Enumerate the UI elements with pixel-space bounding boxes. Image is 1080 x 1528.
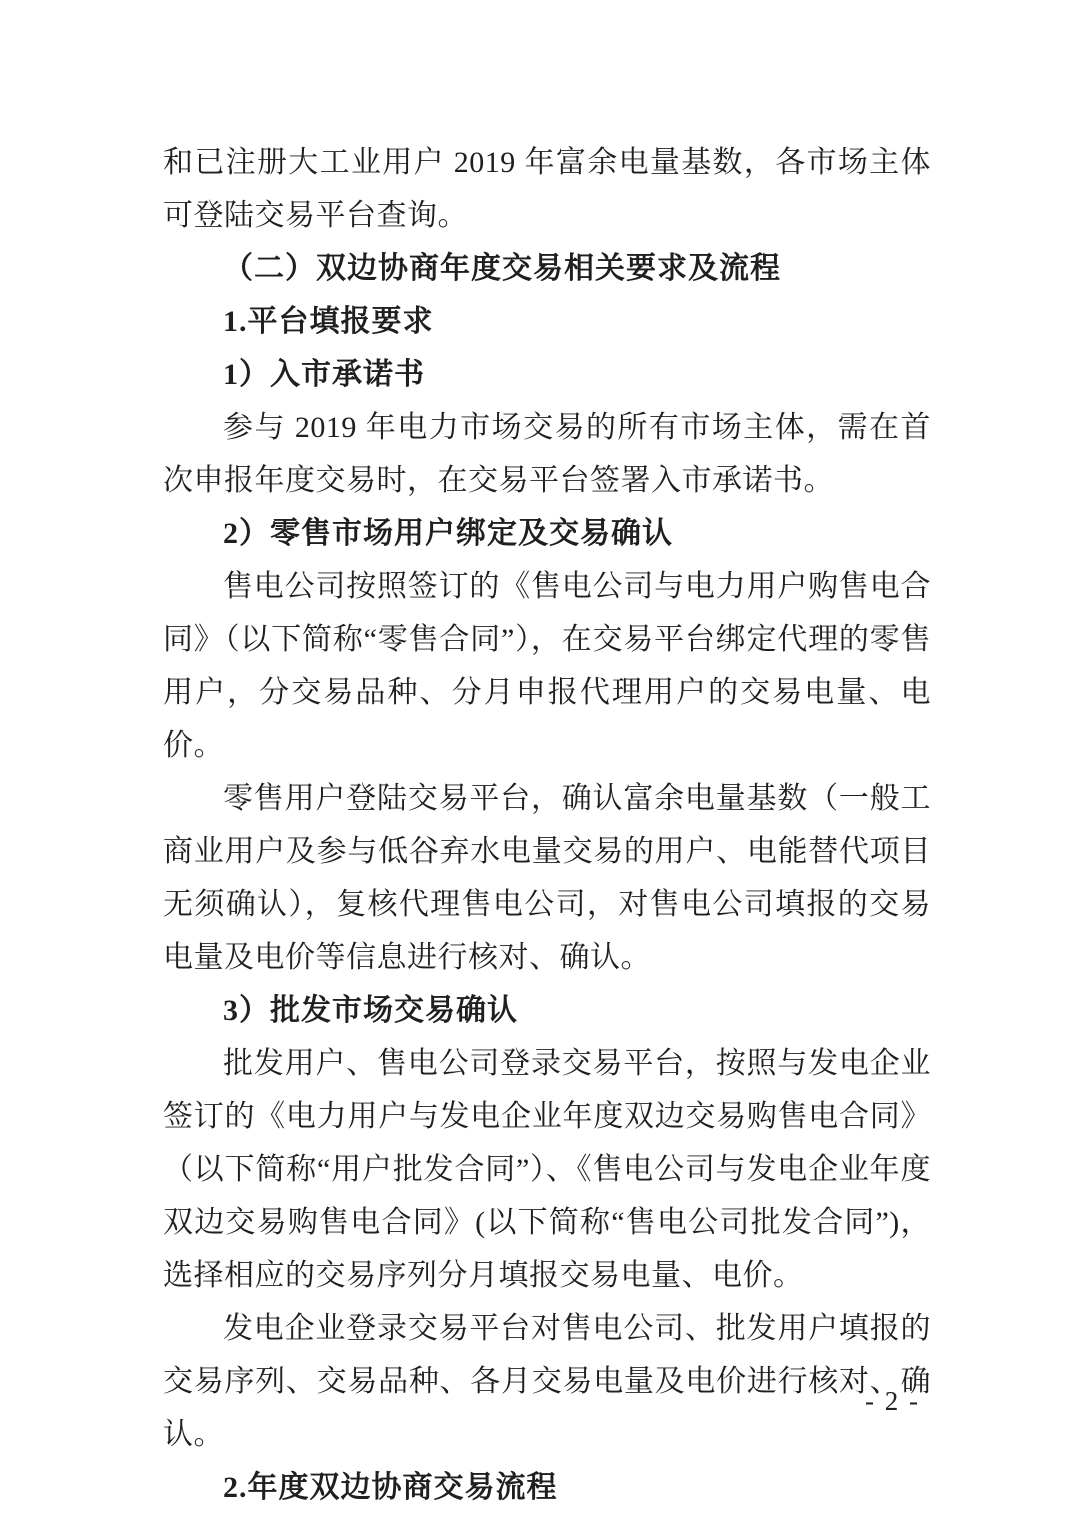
document-body: 和已注册大工业用户 2019 年富余电量基数，各市场主体可登陆交易平台查询。（二… (163, 136, 931, 1514)
section-heading: 2）零售市场用户绑定及交易确认 (163, 507, 931, 560)
section-heading: 1.平台填报要求 (163, 295, 931, 348)
section-heading: 2.年度双边协商交易流程 (163, 1461, 931, 1514)
paragraph: 和已注册大工业用户 2019 年富余电量基数，各市场主体可登陆交易平台查询。 (163, 136, 931, 242)
section-heading: 1）入市承诺书 (163, 348, 931, 401)
paragraph: 售电公司按照签订的《售电公司与电力用户购售电合同》（以下简称“零售合同”），在交… (163, 560, 931, 772)
page-number: - 2 - (865, 1386, 920, 1417)
section-heading: （二）双边协商年度交易相关要求及流程 (163, 242, 931, 295)
paragraph: 零售用户登陆交易平台，确认富余电量基数（一般工商业用户及参与低谷弃水电量交易的用… (163, 772, 931, 984)
paragraph: 批发用户、售电公司登录交易平台，按照与发电企业签订的《电力用户与发电企业年度双边… (163, 1037, 931, 1302)
document-page: 和已注册大工业用户 2019 年富余电量基数，各市场主体可登陆交易平台查询。（二… (0, 0, 1080, 1528)
paragraph: 发电企业登录交易平台对售电公司、批发用户填报的交易序列、交易品种、各月交易电量及… (163, 1302, 931, 1461)
section-heading: 3）批发市场交易确认 (163, 984, 931, 1037)
paragraph: 参与 2019 年电力市场交易的所有市场主体，需在首次申报年度交易时，在交易平台… (163, 401, 931, 507)
